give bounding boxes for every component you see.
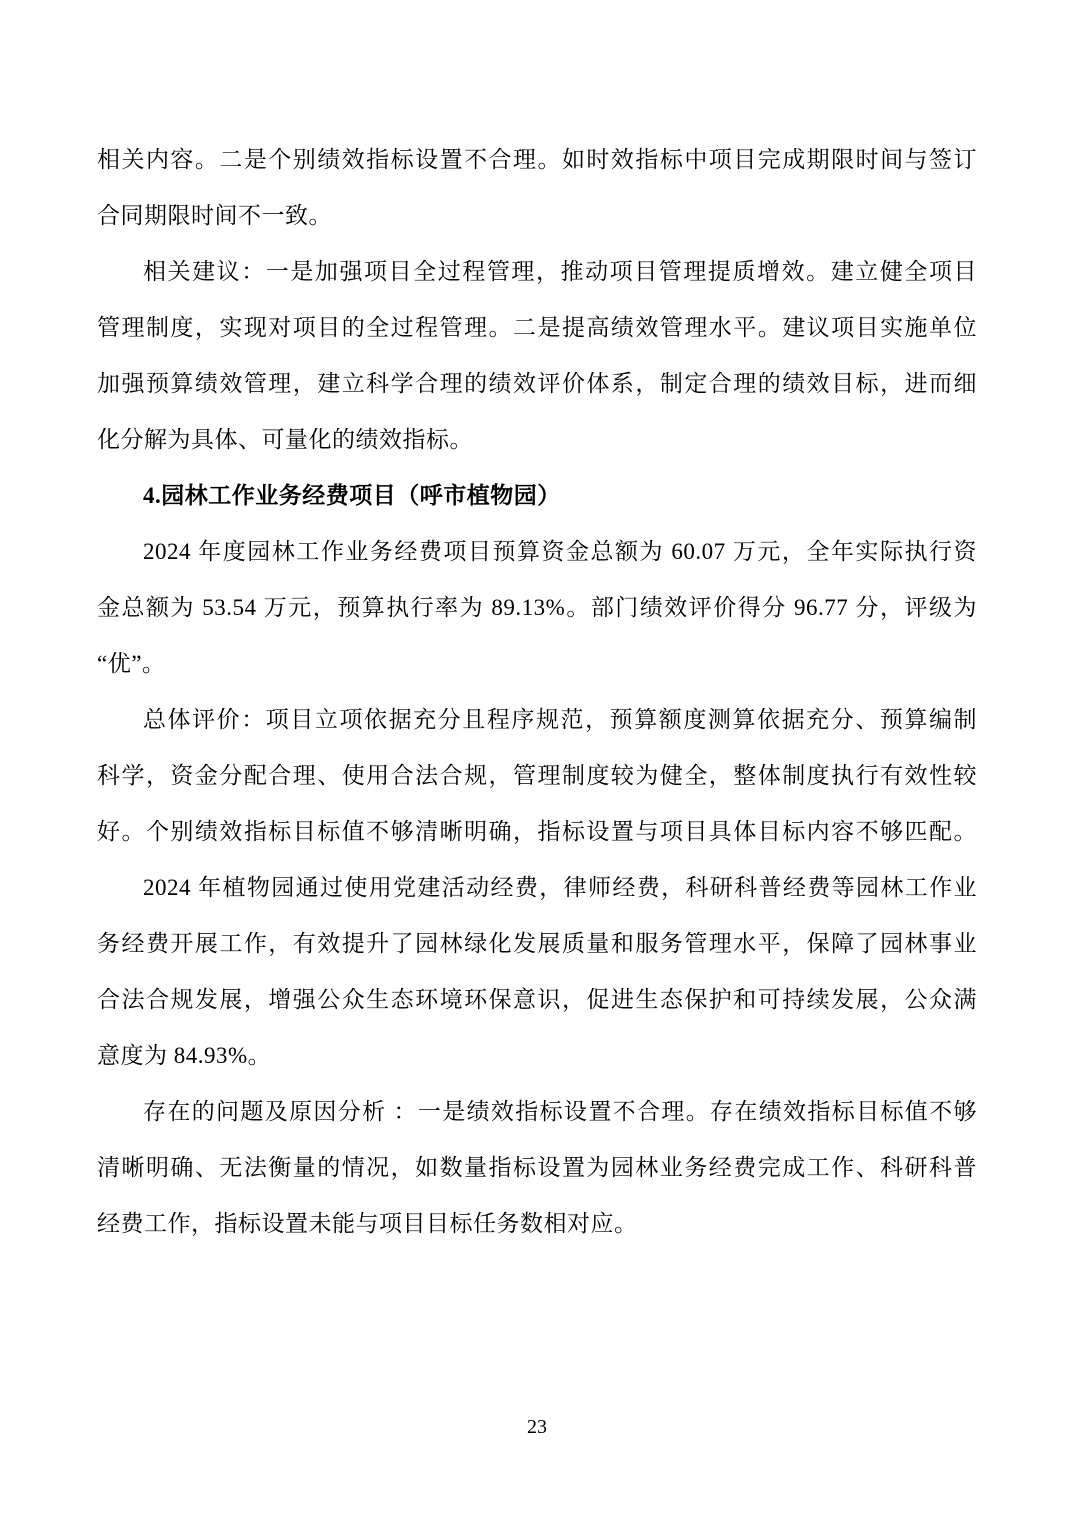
text-line: 清晰明确、无法衡量的情况，如数量指标设置为园林业务经费完成工作、科研科普 [97, 1140, 977, 1196]
page-number: 23 [0, 1414, 1074, 1440]
text-line: 金总额为 53.54 万元，预算执行率为 89.13%。部门绩效评价得分 96.… [97, 580, 977, 636]
text-line: 总体评价：项目立项依据充分且程序规范，预算额度测算依据充分、预算编制 [97, 692, 977, 748]
section-heading: 4.园林工作业务经费项目（呼市植物园） [97, 468, 977, 524]
text-line: 意度为 84.93%。 [97, 1028, 977, 1084]
text-line: 管理制度，实现对项目的全过程管理。二是提高绩效管理水平。建议项目实施单位 [97, 300, 977, 356]
text-line: 相关建议：一是加强项目全过程管理，推动项目管理提质增效。建立健全项目 [97, 244, 977, 300]
text-line: 2024 年植物园通过使用党建活动经费，律师经费，科研科普经费等园林工作业 [97, 860, 977, 916]
text-line: 科学，资金分配合理、使用合法合规，管理制度较为健全，整体制度执行有效性较 [97, 748, 977, 804]
text-line: 务经费开展工作，有效提升了园林绿化发展质量和服务管理水平，保障了园林事业 [97, 916, 977, 972]
text-line: “优”。 [97, 636, 977, 692]
document-body: 相关内容。二是个别绩效指标设置不合理。如时效指标中项目完成期限时间与签订合同期限… [97, 132, 977, 1252]
text-line: 合同期限时间不一致。 [97, 188, 977, 244]
text-line: 相关内容。二是个别绩效指标设置不合理。如时效指标中项目完成期限时间与签订 [97, 132, 977, 188]
text-line: 化分解为具体、可量化的绩效指标。 [97, 412, 977, 468]
text-line: 合法合规发展，增强公众生态环境环保意识，促进生态保护和可持续发展，公众满 [97, 972, 977, 1028]
text-line: 存在的问题及原因分析 ：一是绩效指标设置不合理。存在绩效指标目标值不够 [97, 1084, 977, 1140]
text-line: 好。个别绩效指标目标值不够清晰明确，指标设置与项目具体目标内容不够匹配。 [97, 804, 977, 860]
document-page: 相关内容。二是个别绩效指标设置不合理。如时效指标中项目完成期限时间与签订合同期限… [0, 0, 1074, 1520]
text-line: 2024 年度园林工作业务经费项目预算资金总额为 60.07 万元，全年实际执行… [97, 524, 977, 580]
text-line: 经费工作，指标设置未能与项目目标任务数相对应。 [97, 1196, 977, 1252]
text-line: 加强预算绩效管理，建立科学合理的绩效评价体系，制定合理的绩效目标，进而细 [97, 356, 977, 412]
